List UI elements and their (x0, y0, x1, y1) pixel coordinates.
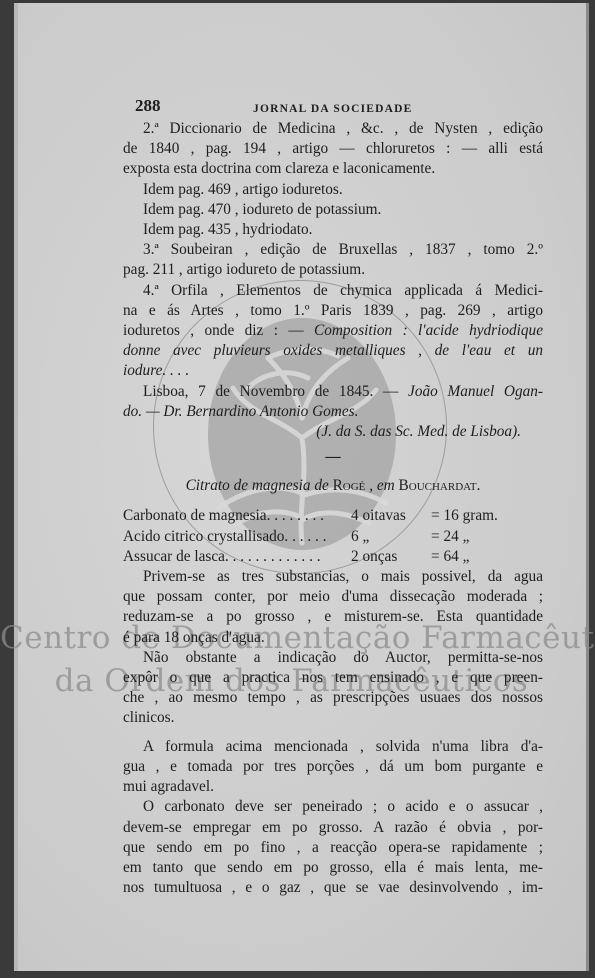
ingredient: Carbonato de magnesia. . . . . . . . (123, 506, 351, 526)
text-line: nos tumultuosa , e o gaz , que se vae de… (123, 878, 543, 898)
recipe-table: Carbonato de magnesia. . . . . . . . 4 o… (123, 506, 543, 567)
french-quote: donne avec pluvieurs oxides metalliques … (123, 342, 543, 359)
text-line: A formula acima mencionada , solvida n'u… (123, 737, 543, 757)
metric-quantity: = 16 gram. (431, 506, 543, 526)
page-content: 288 JORNAL DA SOCIEDADE 2.ª Diccionario … (123, 95, 543, 898)
ref-line: 3.ª Soubeiran , edição de Bruxellas , 18… (123, 240, 543, 260)
metric-quantity: = 64 „ (431, 547, 543, 567)
ingredient: Assucar de lasca. . . . . . . . . . . . … (123, 547, 351, 567)
quote-line: iodure. . . . (123, 361, 543, 381)
text-line: que sendo em po fino , a reacção opera-s… (123, 838, 543, 858)
source-text: (J. da S. das Sc. Med. de Lisboa). (316, 423, 521, 440)
text-line: devem-se empregar em po grosso. A razão … (123, 818, 543, 838)
paragraph: Privem-se as tres substancias, o mais po… (123, 567, 543, 648)
ref-line: Idem pag. 435 , hydriodato. (123, 220, 543, 240)
signature-line: Lisboa, 7 de Novembro de 1845. — João Ma… (123, 382, 543, 402)
recipe-row: Carbonato de magnesia. . . . . . . . 4 o… (123, 506, 543, 526)
signature-author: João Manuel Ogan- (408, 383, 543, 400)
article-title: Citrato de magnesia de Rogé , em Bouchar… (123, 476, 543, 496)
text-line: Privem-se as tres substancias, o mais po… (123, 567, 543, 587)
text-line: reduzam-se a po grosso , e misturem-se. … (123, 607, 543, 627)
french-quote: Composition : l'acide hydriodique (314, 322, 543, 339)
ref-line: 4.ª Orfila , Elementos de chymica applic… (123, 281, 543, 301)
text-line: é para 18 onças d'agua. (123, 628, 543, 648)
ref-line: pag. 211 , artigo iodureto de potassium. (123, 260, 543, 280)
recipe-row: Assucar de lasca. . . . . . . . . . . . … (123, 547, 543, 567)
page-edge-right (586, 3, 589, 971)
text-line: clinicos. (123, 708, 543, 728)
page-header: 288 JORNAL DA SOCIEDADE (123, 95, 543, 119)
ref-line: Idem pag. 469 , artigo ioduretos. (123, 180, 543, 200)
title-author: Rogé (333, 477, 366, 494)
paragraph: Não obstante a indicação do Auctor, perm… (123, 648, 543, 729)
ref-text: ioduretos , onde diz : — (123, 322, 314, 339)
signature-line: do. — Dr. Bernardino Antonio Gomes. (123, 402, 543, 422)
title-text: Citrato de magnesia de (186, 477, 333, 494)
text-line: gua , e tomada por tres porções , dá um … (123, 757, 543, 777)
metric-quantity: = 24 „ (431, 527, 543, 547)
text-line: que possam conter, por meio d'uma dissec… (123, 587, 543, 607)
text-line: che , ao mesmo tempo , as prescripções u… (123, 688, 543, 708)
signature-place-date: Lisboa, 7 de Novembro de 1845. — (143, 383, 408, 400)
title-text: , em (365, 477, 398, 494)
text-line: Não obstante a indicação do Auctor, perm… (123, 648, 543, 668)
quantity: 4 oitavas (351, 506, 431, 526)
text-line: em tanto que sendo em po grosso, ella é … (123, 858, 543, 878)
ref-line-quote-start: ioduretos , onde diz : — Composition : l… (123, 321, 543, 341)
section-separator: — (123, 442, 543, 472)
text-line: expôr o que a practica nos tem ensinado … (123, 668, 543, 688)
ref-line: na e ás Artes , tomo 1.º Paris 1839 , pa… (123, 301, 543, 321)
paragraph: O carbonato deve ser peneirado ; o acido… (123, 797, 543, 898)
running-title: JORNAL DA SOCIEDADE (253, 99, 413, 119)
quantity: 6 „ (351, 527, 431, 547)
source-citation: (J. da S. das Sc. Med. de Lisboa). (123, 422, 543, 442)
text-line: mui agradavel. (123, 777, 543, 797)
references-block: 2.ª Diccionario de Medicina , &c. , de N… (123, 119, 543, 382)
ref-line: exposta esta doctrina com clareza e laco… (123, 159, 543, 179)
quote-line: donne avec pluvieurs oxides metalliques … (123, 341, 543, 361)
title-source: Bouchardat. (399, 477, 481, 494)
ref-line: 2.ª Diccionario de Medicina , &c. , de N… (123, 119, 543, 139)
signature-block: Lisboa, 7 de Novembro de 1845. — João Ma… (123, 382, 543, 443)
page-number: 288 (135, 96, 161, 116)
paragraph: A formula acima mencionada , solvida n'u… (123, 737, 543, 798)
french-quote: iodure. . . . (123, 362, 189, 379)
recipe-row: Acido citrico crystallisado. . . . . . 6… (123, 527, 543, 547)
page-edge-left (14, 3, 18, 971)
ref-line: de 1840 , pag. 194 , artigo — chlorureto… (123, 139, 543, 159)
text-line: O carbonato deve ser peneirado ; o acido… (123, 797, 543, 817)
signature-author: do. — Dr. Bernardino Antonio Gomes. (123, 403, 358, 420)
ref-line: Idem pag. 470 , iodureto de potassium. (123, 200, 543, 220)
quantity: 2 onças (351, 547, 431, 567)
ingredient: Acido citrico crystallisado. . . . . . (123, 527, 351, 547)
